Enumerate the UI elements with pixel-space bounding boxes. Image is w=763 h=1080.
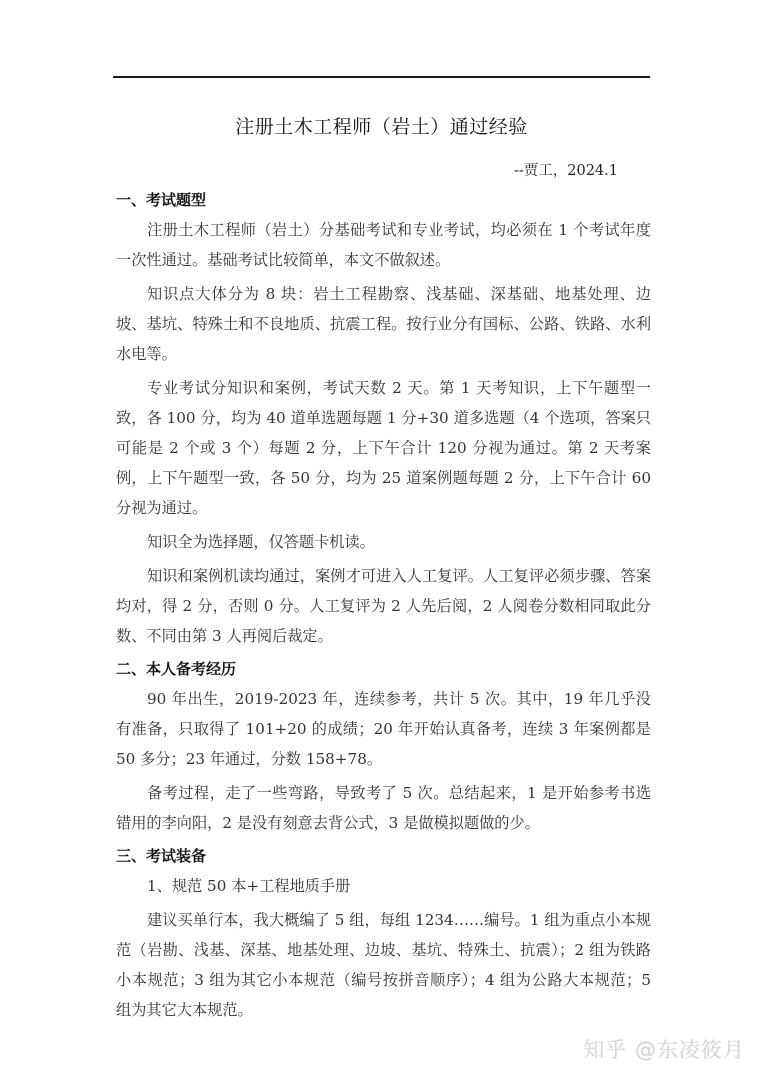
paragraph: 注册土木工程师（岩土）分基础考试和专业考试，均必须在 1 个考试年度一次性通过。… [116,215,651,275]
paragraph: 知识全为选择题，仅答题卡机读。 [116,527,651,557]
paragraph: 备考过程，走了一些弯路，导致考了 5 次。总结起来，1 是开始参考书选错用的李向… [116,778,651,838]
top-horizontal-rule [113,76,650,78]
section-personal-experience: 二、本人备考经历 90 年出生，2019-2023 年，连续参考，共计 5 次。… [116,654,651,838]
paragraph: 专业考试分知识和案例，考试天数 2 天。第 1 天考知识，上下午题型一致，各 1… [116,373,651,523]
section-heading: 三、考试装备 [116,841,651,871]
section-heading: 二、本人备考经历 [116,654,651,684]
author-byline: --贾工，2024.1 [514,159,618,180]
paragraph: 建议买单行本，我大概编了 5 组，每组 1234……编号。1 组为重点小本规范（… [116,905,651,1025]
paragraph: 知识点大体分为 8 块：岩土工程勘察、浅基础、深基础、地基处理、边坡、基坑、特殊… [116,279,651,369]
paragraph: 知识和案例机读均通过，案例才可进入人工复评。人工复评必须步骤、答案均对，得 2 … [116,561,651,651]
document-title: 注册土木工程师（岩土）通过经验 [113,112,650,139]
document-body: 一、考试题型 注册土木工程师（岩土）分基础考试和专业考试，均必须在 1 个考试年… [116,185,651,1029]
paragraph: 1、规范 50 本+工程地质手册 [116,871,651,901]
section-exam-format: 一、考试题型 注册土木工程师（岩土）分基础考试和专业考试，均必须在 1 个考试年… [116,185,651,651]
section-heading: 一、考试题型 [116,185,651,215]
zhihu-watermark: 知乎 @东凌筱月 [583,1034,745,1064]
paragraph: 90 年出生，2019-2023 年，连续参考，共计 5 次。其中，19 年几乎… [116,684,651,774]
section-exam-equipment: 三、考试装备 1、规范 50 本+工程地质手册 建议买单行本，我大概编了 5 组… [116,841,651,1025]
